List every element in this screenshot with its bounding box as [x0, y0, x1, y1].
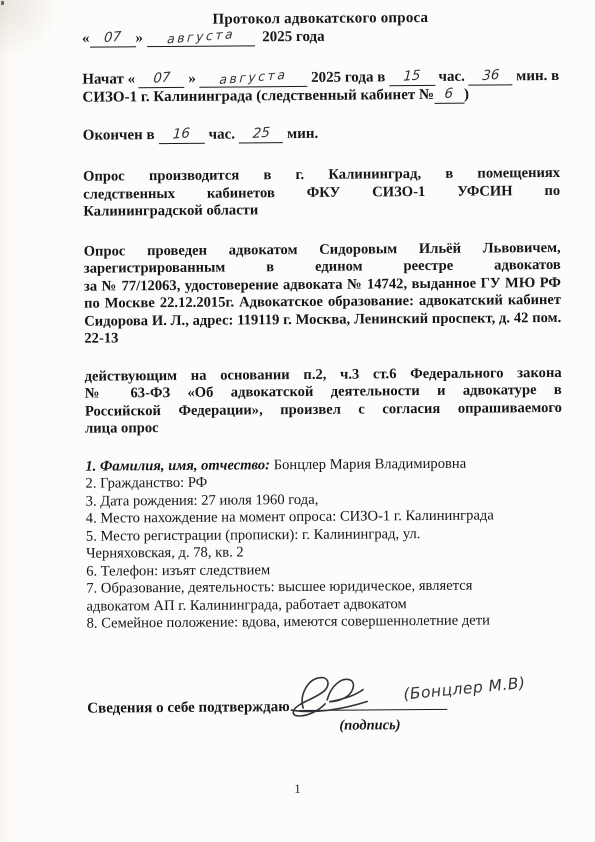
paragraph-line: следственных кабинетов ФКУ СИЗО-1 УФСИН … — [83, 182, 560, 203]
location-paragraph: Опрос производится в г. Калининград, в п… — [83, 165, 560, 221]
signature-row: Сведения о себе подтверждаю (Бонцлер М.В… — [87, 691, 564, 717]
paragraph-line: Российской Федерации», произвел с соглас… — [85, 399, 562, 420]
handwritten-started-minute: 36 — [482, 68, 500, 83]
ended-prefix: Окончен в — [83, 127, 155, 144]
advocate-paragraph: Опрос проведен адвокатом Сидоровым Ильёй… — [84, 239, 562, 348]
handwritten-started-month: августа — [219, 68, 288, 87]
started-minute-blank: 36 — [468, 69, 512, 85]
handwritten-started-day: 07 — [153, 70, 171, 85]
document-content: Протокол адвокатского опроса «07» август… — [0, 0, 595, 737]
paragraph-line: Сидорова И. Л., адрес: 119119 г. Москва,… — [84, 309, 561, 330]
started-location-line: СИЗО-1 г. Калининграда (следственный каб… — [82, 85, 559, 107]
started-hour-label: час. — [438, 68, 465, 86]
day-blank: 07 — [89, 31, 135, 47]
ended-minute-label: мин. — [287, 126, 318, 142]
month-blank: августа — [147, 30, 255, 47]
signature-label: Сведения о себе подтверждаю — [87, 699, 290, 717]
questionnaire-item: 4. Место нахождение на момент опроса: СИ… — [86, 507, 563, 528]
handwritten-ended-minute: 25 — [252, 126, 270, 141]
handwritten-month: августа — [166, 27, 235, 46]
ended-hour-label: час. — [209, 126, 235, 142]
ended-hour-blank: 16 — [159, 128, 205, 144]
questionnaire-list: 1. Фамилия, имя, отчество: Бонцлер Мария… — [85, 454, 563, 633]
started-location-close: ) — [464, 87, 469, 103]
started-prefix: Начат « — [82, 70, 135, 88]
started-location-text: СИЗО-1 г. Калининграда (следственный каб… — [82, 87, 434, 106]
started-line: Начат «07» августа 2025 года в 15 час. 3… — [82, 67, 559, 89]
year-text: 2025 года — [262, 29, 324, 45]
item1-label: 1. Фамилия, имя, отчество: — [85, 457, 270, 474]
paragraph-line: Калининградской области — [83, 200, 560, 221]
started-minute-label: мин. в — [516, 67, 559, 85]
legal-basis-paragraph: действующим на основании п.2, ч.3 ст.6 Ф… — [85, 364, 563, 438]
started-close-quote: » — [188, 70, 196, 88]
item1-value: Бонцлер Мария Владимировна — [274, 455, 467, 473]
open-quote: « — [82, 31, 90, 47]
started-month-blank: августа — [199, 71, 307, 88]
header-date-line: «07» августа 2025 года — [82, 26, 559, 49]
handwritten-cabinet-number: 6 — [444, 86, 453, 101]
ended-line: Окончен в16час.25мин. — [83, 123, 560, 145]
paragraph-line: лица опрос — [85, 417, 562, 438]
signature-flourish-icon — [289, 673, 409, 720]
handwritten-ended-hour: 16 — [173, 126, 191, 141]
page-number: 1 — [0, 782, 595, 797]
started-day-blank: 07 — [139, 72, 185, 88]
started-year-text: 2025 года в — [311, 68, 385, 87]
signature-blank: (Бонцлер М.В) — [300, 692, 448, 710]
ended-minute-blank: 25 — [239, 127, 283, 143]
handwritten-signature-name: (Бонцлер М.В) — [403, 673, 527, 703]
started-hour-blank: 15 — [389, 70, 435, 86]
close-quote: » — [135, 30, 143, 46]
questionnaire-item: 8. Семейное положение: вдова, имеются со… — [87, 612, 564, 633]
handwritten-started-hour: 15 — [403, 68, 421, 83]
cabinet-blank: 6 — [434, 88, 464, 104]
handwritten-day: 07 — [103, 30, 121, 45]
document-page: Протокол адвокатского опроса «07» август… — [0, 0, 595, 842]
